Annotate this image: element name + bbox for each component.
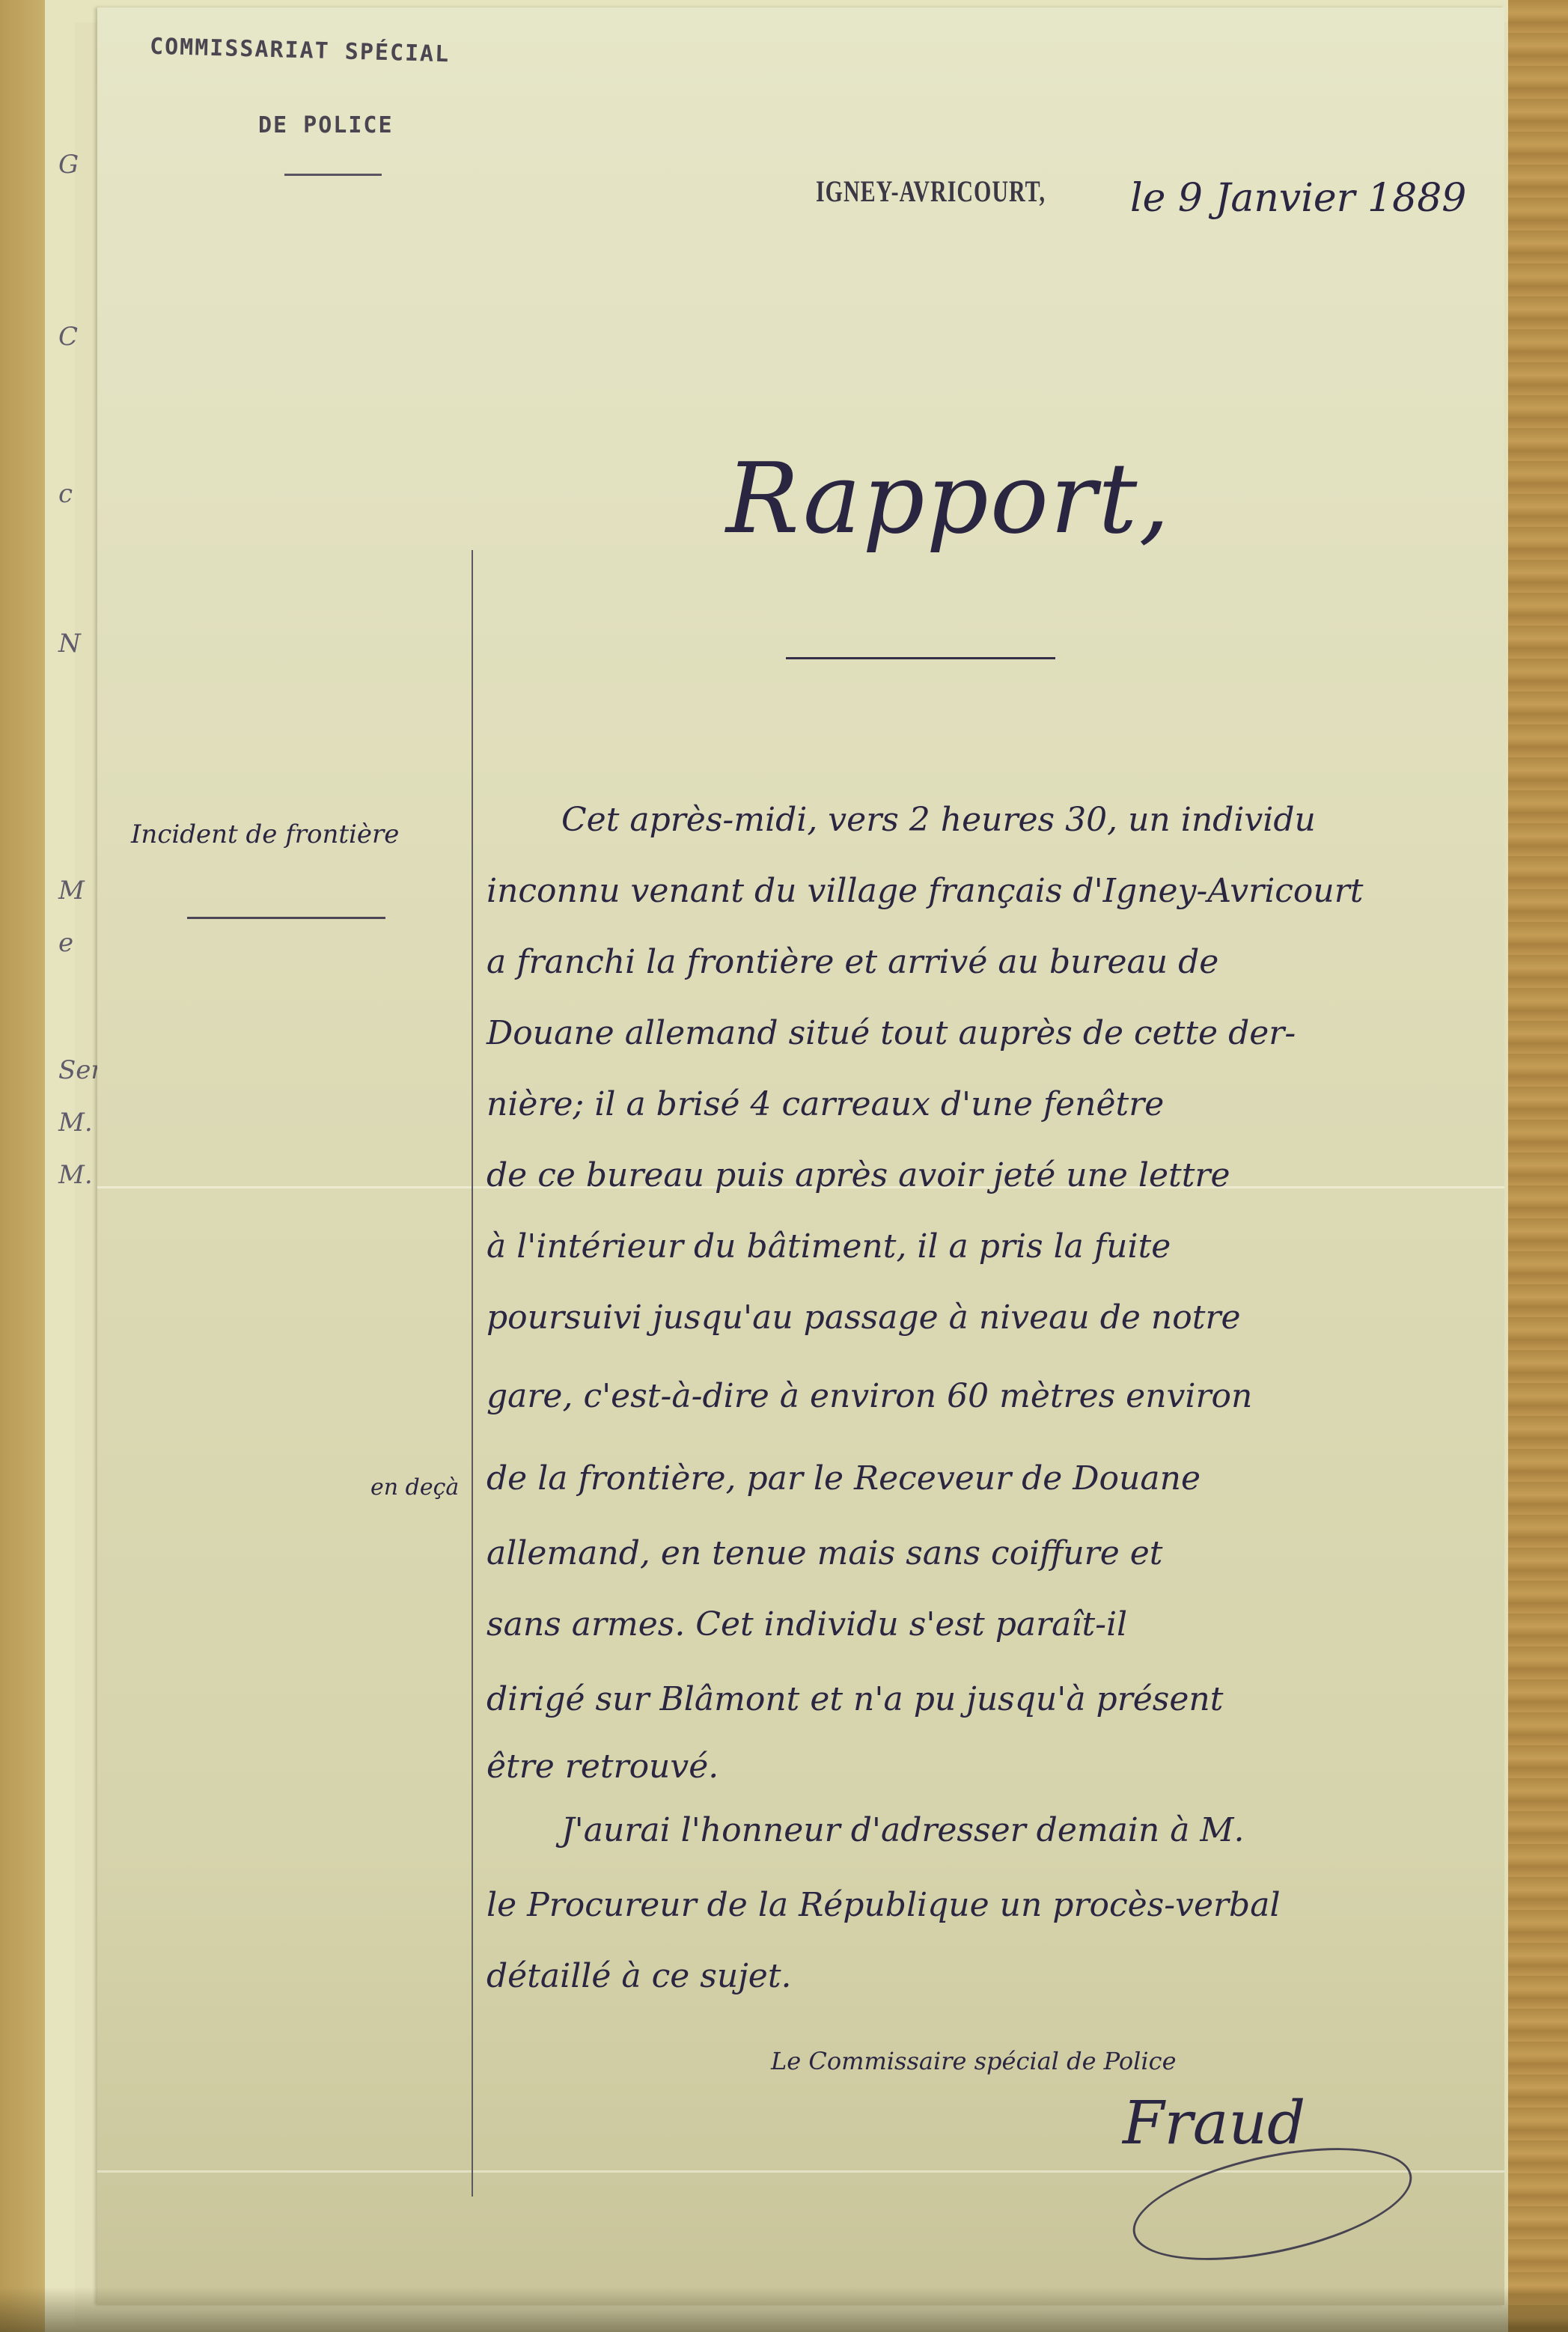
body-line: Cet après-midi, vers 2 heures 30, un ind… (561, 801, 1316, 839)
stub-fragment: M (58, 876, 85, 906)
body-line: poursuivi jusqu'au passage à niveau de n… (486, 1298, 1241, 1337)
body-line: allemand, en tenue mais sans coiffure et (486, 1534, 1162, 1572)
signature: Fraud (1123, 2088, 1305, 2158)
margin-rule-vertical (472, 550, 473, 2197)
letterhead-stamp-line2: DE POLICE (258, 112, 394, 138)
body-line: le Procureur de la République un procès-… (486, 1886, 1281, 1924)
report-sheet: COMMISSARIAT SPÉCIAL DE POLICE IGNEY-AVR… (97, 7, 1504, 2305)
margin-note-underline (187, 917, 385, 919)
body-line: nière; il a brisé 4 carreaux d'une fenêt… (486, 1085, 1164, 1123)
body-line: dirigé sur Blâmont et n'a pu jusqu'à pré… (486, 1680, 1223, 1718)
margin-subject-note: Incident de frontière (131, 819, 399, 849)
body-line: J'aurai l'honneur d'adresser demain à M. (561, 1811, 1244, 1849)
title-underline (786, 657, 1055, 659)
date: le 9 Janvier 1889 (1130, 176, 1466, 221)
body-line: de la frontière, par le Receveur de Doua… (486, 1459, 1201, 1498)
stub-fragment: M. (58, 1160, 93, 1190)
body-line: inconnu venant du village français d'Ign… (486, 872, 1363, 910)
place-stamp: IGNEY-AVRICOURT, (816, 175, 1046, 210)
body-line: de ce bureau puis après avoir jeté une l… (486, 1156, 1230, 1194)
stub-fragment: e (58, 928, 73, 958)
letterhead-stamp-line1: COMMISSARIAT SPÉCIAL (150, 34, 451, 67)
body-line: à l'intérieur du bâtiment, il a pris la … (486, 1227, 1171, 1266)
stub-fragment: c (58, 479, 73, 509)
report-title: Rapport, (726, 442, 1171, 555)
bottom-shadow (0, 2287, 1568, 2332)
stub-fragment: C (58, 322, 78, 352)
stub-fragment: M. (58, 1108, 93, 1138)
wooden-desk (1508, 0, 1568, 2332)
body-line: sans armes. Cet individu s'est paraît-il (486, 1605, 1127, 1643)
closing-title: Le Commissaire spécial de Police (771, 2047, 1177, 2075)
body-line: Douane allemand situé tout auprès de cet… (486, 1014, 1296, 1052)
stub-fragment: N (58, 629, 81, 659)
letterhead-rule (284, 174, 382, 176)
body-line: gare, c'est-à-dire à environ 60 mètres e… (486, 1377, 1252, 1415)
body-line: détaillé à ce sujet. (486, 1957, 792, 1995)
margin-insertion: en deçà (370, 1474, 459, 1501)
stub-fragment: G (58, 150, 79, 180)
body-line: a franchi la frontière et arrivé au bure… (486, 943, 1218, 981)
body-line: être retrouvé. (486, 1748, 719, 1786)
